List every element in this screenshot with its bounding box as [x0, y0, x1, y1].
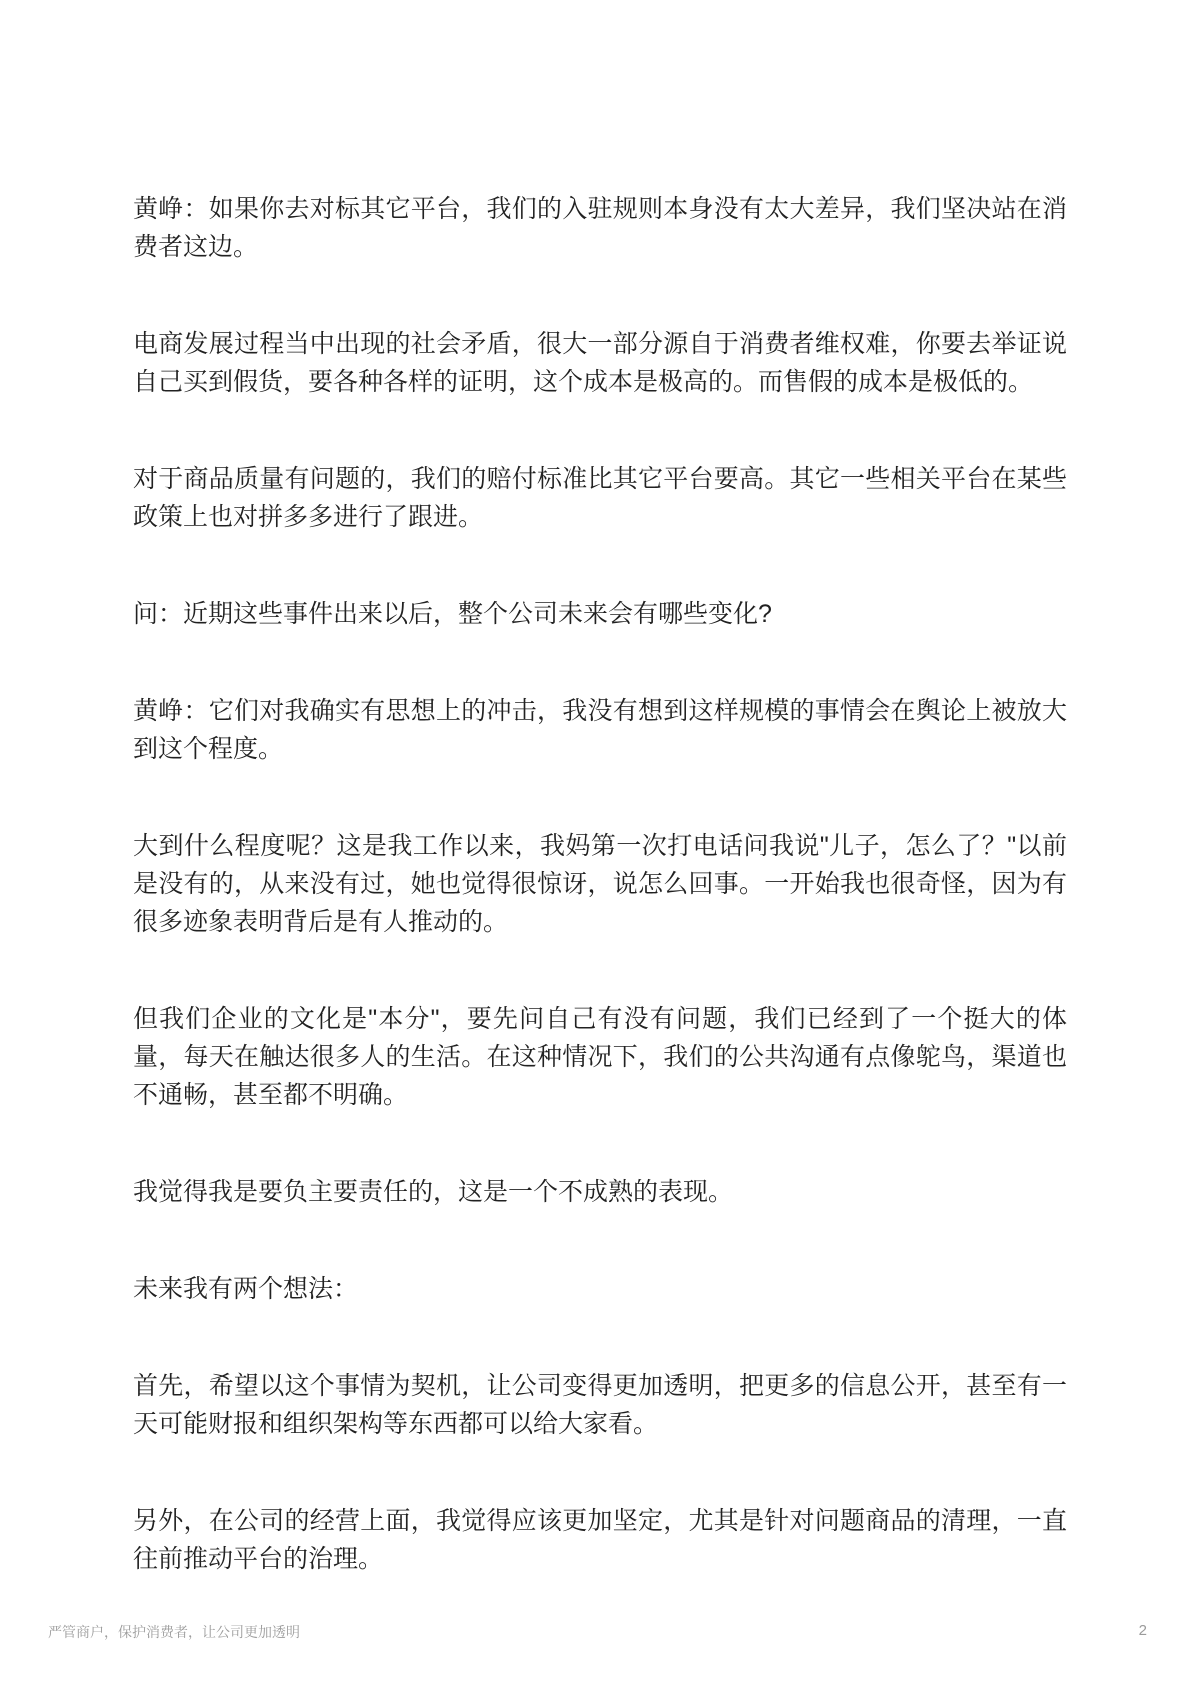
paragraph: 另外，在公司的经营上面，我觉得应该更加坚定，尤其是针对问题商品的清理，一直往前推… — [133, 1502, 1067, 1578]
document-page: 黄峥：如果你去对标其它平台，我们的入驻规则本身没有太大差异，我们坚决站在消费者这… — [0, 0, 1200, 1698]
paragraph: 对于商品质量有问题的，我们的赔付标准比其它平台要高。其它一些相关平台在某些政策上… — [133, 460, 1067, 536]
document-body: 黄峥：如果你去对标其它平台，我们的入驻规则本身没有太大差异，我们坚决站在消费者这… — [133, 0, 1067, 1578]
paragraph: 但我们企业的文化是"本分"，要先问自己有没有问题，我们已经到了一个挺大的体量，每… — [133, 1000, 1067, 1114]
footer-slogan: 严管商户，保护消费者，让公司更加透明 — [48, 1624, 300, 1640]
paragraph: 黄峥：它们对我确实有思想上的冲击，我没有想到这样规模的事情会在舆论上被放大到这个… — [133, 692, 1067, 768]
paragraph: 黄峥：如果你去对标其它平台，我们的入驻规则本身没有太大差异，我们坚决站在消费者这… — [133, 190, 1067, 266]
page-footer: 严管商户，保护消费者，让公司更加透明 2 — [0, 1622, 1200, 1652]
paragraph: 大到什么程度呢？这是我工作以来，我妈第一次打电话问我说"儿子，怎么了？"以前是没… — [133, 827, 1067, 941]
paragraph-question: 问：近期这些事件出来以后，整个公司未来会有哪些变化? — [133, 595, 1067, 633]
paragraph: 未来我有两个想法： — [133, 1270, 1067, 1308]
page-number: 2 — [1139, 1623, 1147, 1639]
paragraph: 我觉得我是要负主要责任的，这是一个不成熟的表现。 — [133, 1173, 1067, 1211]
paragraph: 首先，希望以这个事情为契机，让公司变得更加透明，把更多的信息公开，甚至有一天可能… — [133, 1367, 1067, 1443]
paragraph: 电商发展过程当中出现的社会矛盾，很大一部分源自于消费者维权难，你要去举证说自己买… — [133, 325, 1067, 401]
